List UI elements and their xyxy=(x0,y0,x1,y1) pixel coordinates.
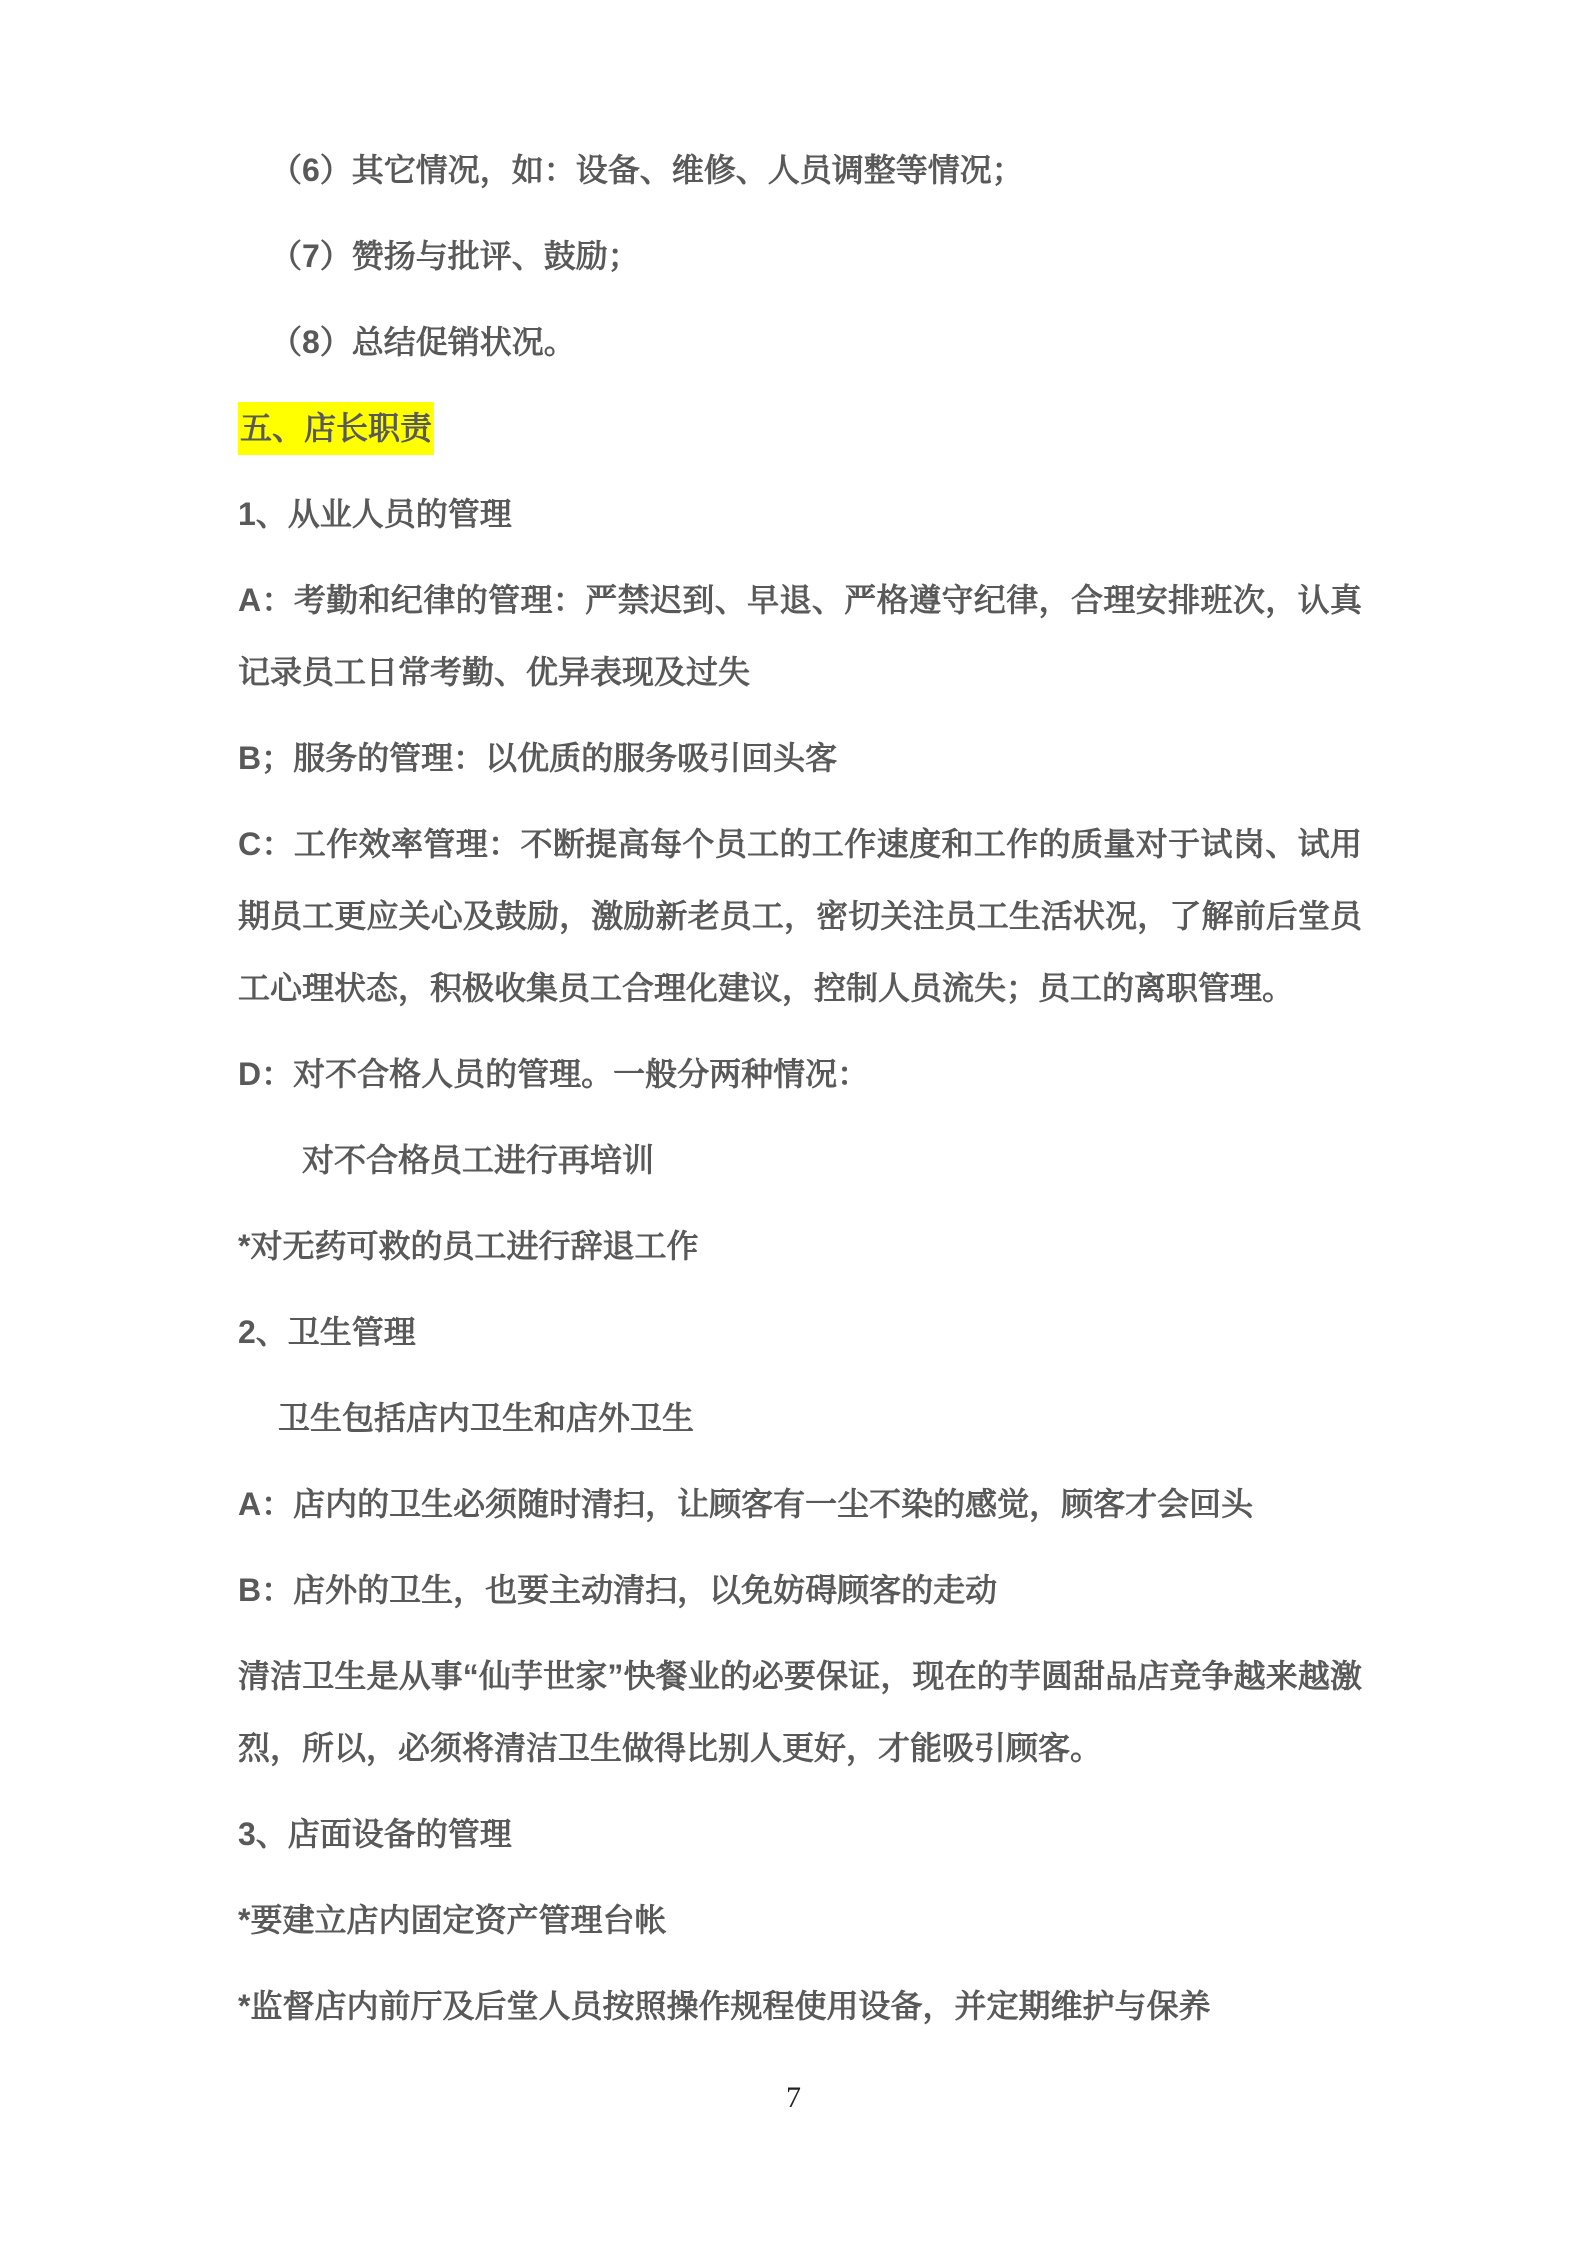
paragraph-retraining: 对不合格员工进行再培训 xyxy=(238,1124,1362,1196)
paragraph-efficiency-management: C：工作效率管理：不断提高每个员工的工作速度和工作的质量对于试岗、试用期员工更应… xyxy=(238,808,1362,1024)
subsection-heading-1: 1、从业人员的管理 xyxy=(238,478,1362,550)
list-item-8: （8）总结促销状况。 xyxy=(238,306,1362,378)
page-number: 7 xyxy=(0,2082,1587,2114)
paragraph-service-management: B；服务的管理：以优质的服务吸引回头客 xyxy=(238,722,1362,794)
list-item-7: （7）赞扬与批评、鼓励； xyxy=(238,220,1362,292)
yellow-highlight: 五、店长职责 xyxy=(238,402,434,455)
paragraph-unqualified-staff: D：对不合格人员的管理。一般分两种情况： xyxy=(238,1038,1362,1110)
paragraph-asset-ledger: *要建立店内固定资产管理台帐 xyxy=(238,1884,1362,1956)
section-heading-5: 五、店长职责 xyxy=(238,392,1362,464)
paragraph-outdoor-hygiene: B：店外的卫生，也要主动清扫，以免妨碍顾客的走动 xyxy=(238,1554,1362,1626)
document-body: （6）其它情况，如：设备、维修、人员调整等情况； （7）赞扬与批评、鼓励； （8… xyxy=(238,134,1362,2056)
list-item-6: （6）其它情况，如：设备、维修、人员调整等情况； xyxy=(238,134,1362,206)
subsection-heading-3: 3、店面设备的管理 xyxy=(238,1798,1362,1870)
paragraph-indoor-hygiene: A：店内的卫生必须随时清扫，让顾客有一尘不染的感觉，顾客才会回头 xyxy=(238,1468,1362,1540)
document-page: （6）其它情况，如：设备、维修、人员调整等情况； （7）赞扬与批评、鼓励； （8… xyxy=(0,0,1587,2245)
subsection-heading-2: 2、卫生管理 xyxy=(238,1296,1362,1368)
paragraph-hygiene-importance: 清洁卫生是从事“仙芋世家”快餐业的必要保证，现在的芋圆甜品店竞争越来越激烈，所以… xyxy=(238,1640,1362,1784)
paragraph-equipment-maintenance: *监督店内前厅及后堂人员按照操作规程使用设备，并定期维护与保养 xyxy=(238,1970,1362,2042)
paragraph-dismissal: *对无药可救的员工进行辞退工作 xyxy=(238,1210,1362,1282)
paragraph-hygiene-scope: 卫生包括店内卫生和店外卫生 xyxy=(238,1382,1362,1454)
paragraph-attendance-management: A：考勤和纪律的管理：严禁迟到、早退、严格遵守纪律，合理安排班次，认真记录员工日… xyxy=(238,564,1362,708)
